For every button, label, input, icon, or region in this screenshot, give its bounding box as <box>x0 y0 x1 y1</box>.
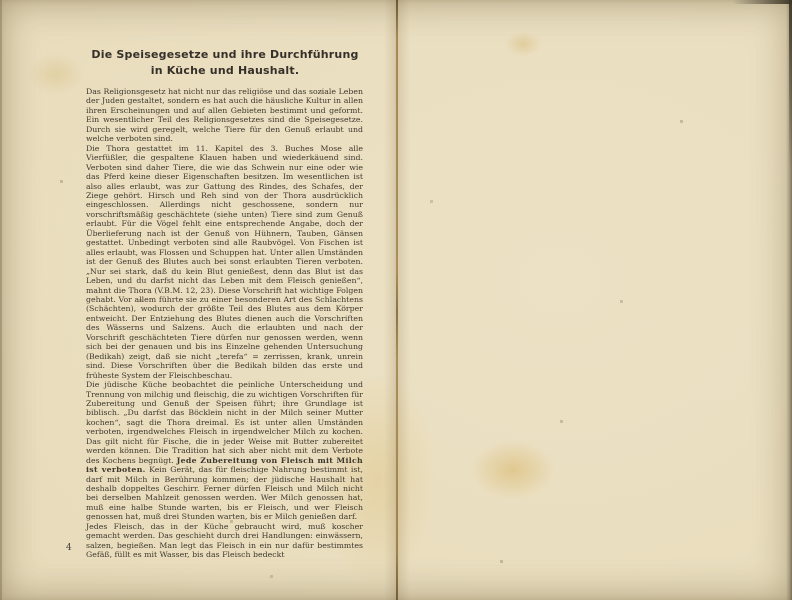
paragraph: Jedes Fleisch, das in der Küche gebrauch… <box>86 522 363 560</box>
left-page-body: Das Religionsgesetz hat nicht nur das re… <box>86 87 363 560</box>
page-right: ist, und läßt es eine halbe Stunde stehe… <box>397 0 792 600</box>
paragraph: Das Religionsgesetz hat nicht nur das re… <box>86 87 363 144</box>
book-scan: Die Speisegesetze und ihre Durchführung … <box>0 0 792 600</box>
page-number-left: 4 <box>66 543 72 553</box>
paper-specks <box>0 0 1 1</box>
chapter-title-line2: in Küche und Haushalt. <box>86 63 364 79</box>
paragraph: Die Thora gestattet im 11. Kapitel des 3… <box>86 144 363 380</box>
page-left: Die Speisegesetze und ihre Durchführung … <box>0 0 397 600</box>
chapter-title-line1: Die Speisegesetze und ihre Durchführung <box>86 47 364 63</box>
chapter-title: Die Speisegesetze und ihre Durchführung … <box>86 47 364 78</box>
paragraph: Die jüdische Küche beobachtet die peinli… <box>86 380 363 522</box>
